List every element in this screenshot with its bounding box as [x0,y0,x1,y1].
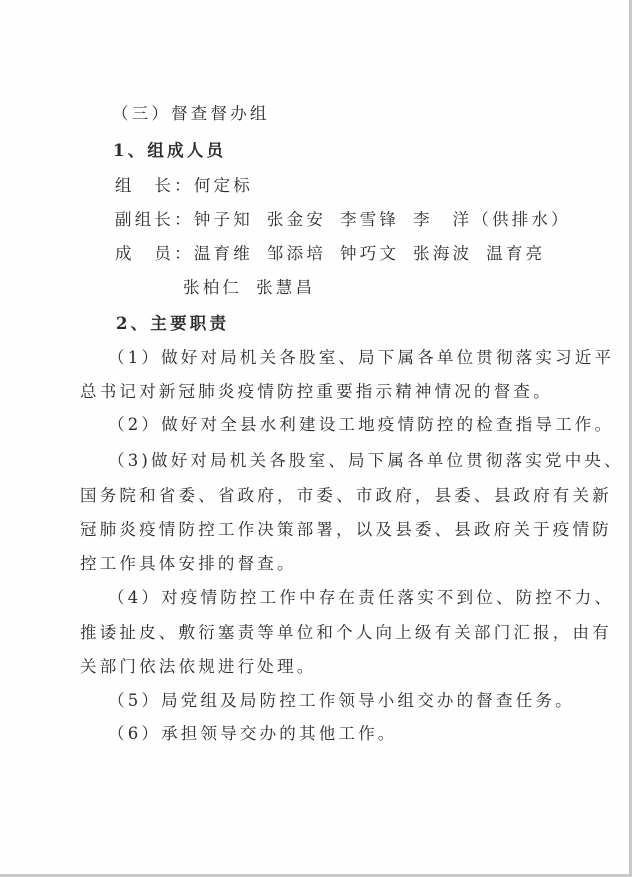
duty-line: 推诿扯皮、敷衍塞责等单位和个人向上级有关部门汇报，由有 [80,622,612,644]
duty-line: （4）对疫情防控工作中存在责任落实不到位、防控不力、 [108,587,614,609]
duty-line: 控工作具体安排的督查。 [80,553,297,575]
duty-line: 国务院和省委、省政府，市委、市政府，县委、县政府有关新 [80,485,612,507]
leader-label: 组 长： [115,176,194,195]
duty-line: （5）局党组及局防控工作领导小组交办的督查任务。 [108,690,575,712]
heading-members: 1、组成人员 [113,140,226,162]
deputy-name: 张金安 [267,209,326,231]
member-name: 张柏仁 [183,277,242,299]
members-label: 成 员： [115,243,194,265]
member-name: 温育亮 [486,243,545,265]
duty-line: （6）承担领导交办的其他工作。 [108,723,398,745]
duty-line: （3)做好对局机关各股室、局下属各单位贯彻落实党中央、 [108,450,624,472]
deputy-name: 李雪锋 [340,209,399,231]
member-name: 邹添培 [267,243,326,265]
deputy-label: 副组长： [115,209,194,231]
duty-line: 冠肺炎疫情防控工作决策部署，以及县委、县政府关于疫情防 [80,519,612,541]
heading-duties: 2、主要职责 [116,313,229,335]
deputy-name: 李 洋（供排水） [413,209,571,231]
leader-row: 组 长：何定标 [115,175,253,197]
document-page: （三）督查督办组 1、组成人员 组 长：何定标 副组长：钟子知张金安李雪锋李 洋… [0,0,632,877]
deputy-name: 钟子知 [194,209,253,231]
duty-line: 关部门依法依规进行处理。 [80,656,316,678]
section-title: （三）督查督办组 [112,103,270,125]
members-row: 成 员：温育维邹添培钟巧文张海波温育亮 [115,243,545,265]
member-name: 张海波 [413,243,472,265]
member-name: 张慧昌 [256,277,315,299]
leader-name: 何定标 [194,176,253,195]
duty-line: （1）做好对局机关各股室、局下属各单位贯彻落实习近平 [108,347,614,369]
deputy-row: 副组长：钟子知张金安李雪锋李 洋（供排水） [115,209,571,231]
member-name: 钟巧文 [340,243,399,265]
duty-line: （2）做好对全县水利建设工地疫情防控的检查指导工作。 [108,414,614,436]
member-name: 温育维 [194,243,253,265]
members-row-continued: 张柏仁张慧昌 [183,277,315,299]
duty-line: 总书记对新冠肺炎疫情防控重要指示精神情况的督查。 [80,381,553,403]
